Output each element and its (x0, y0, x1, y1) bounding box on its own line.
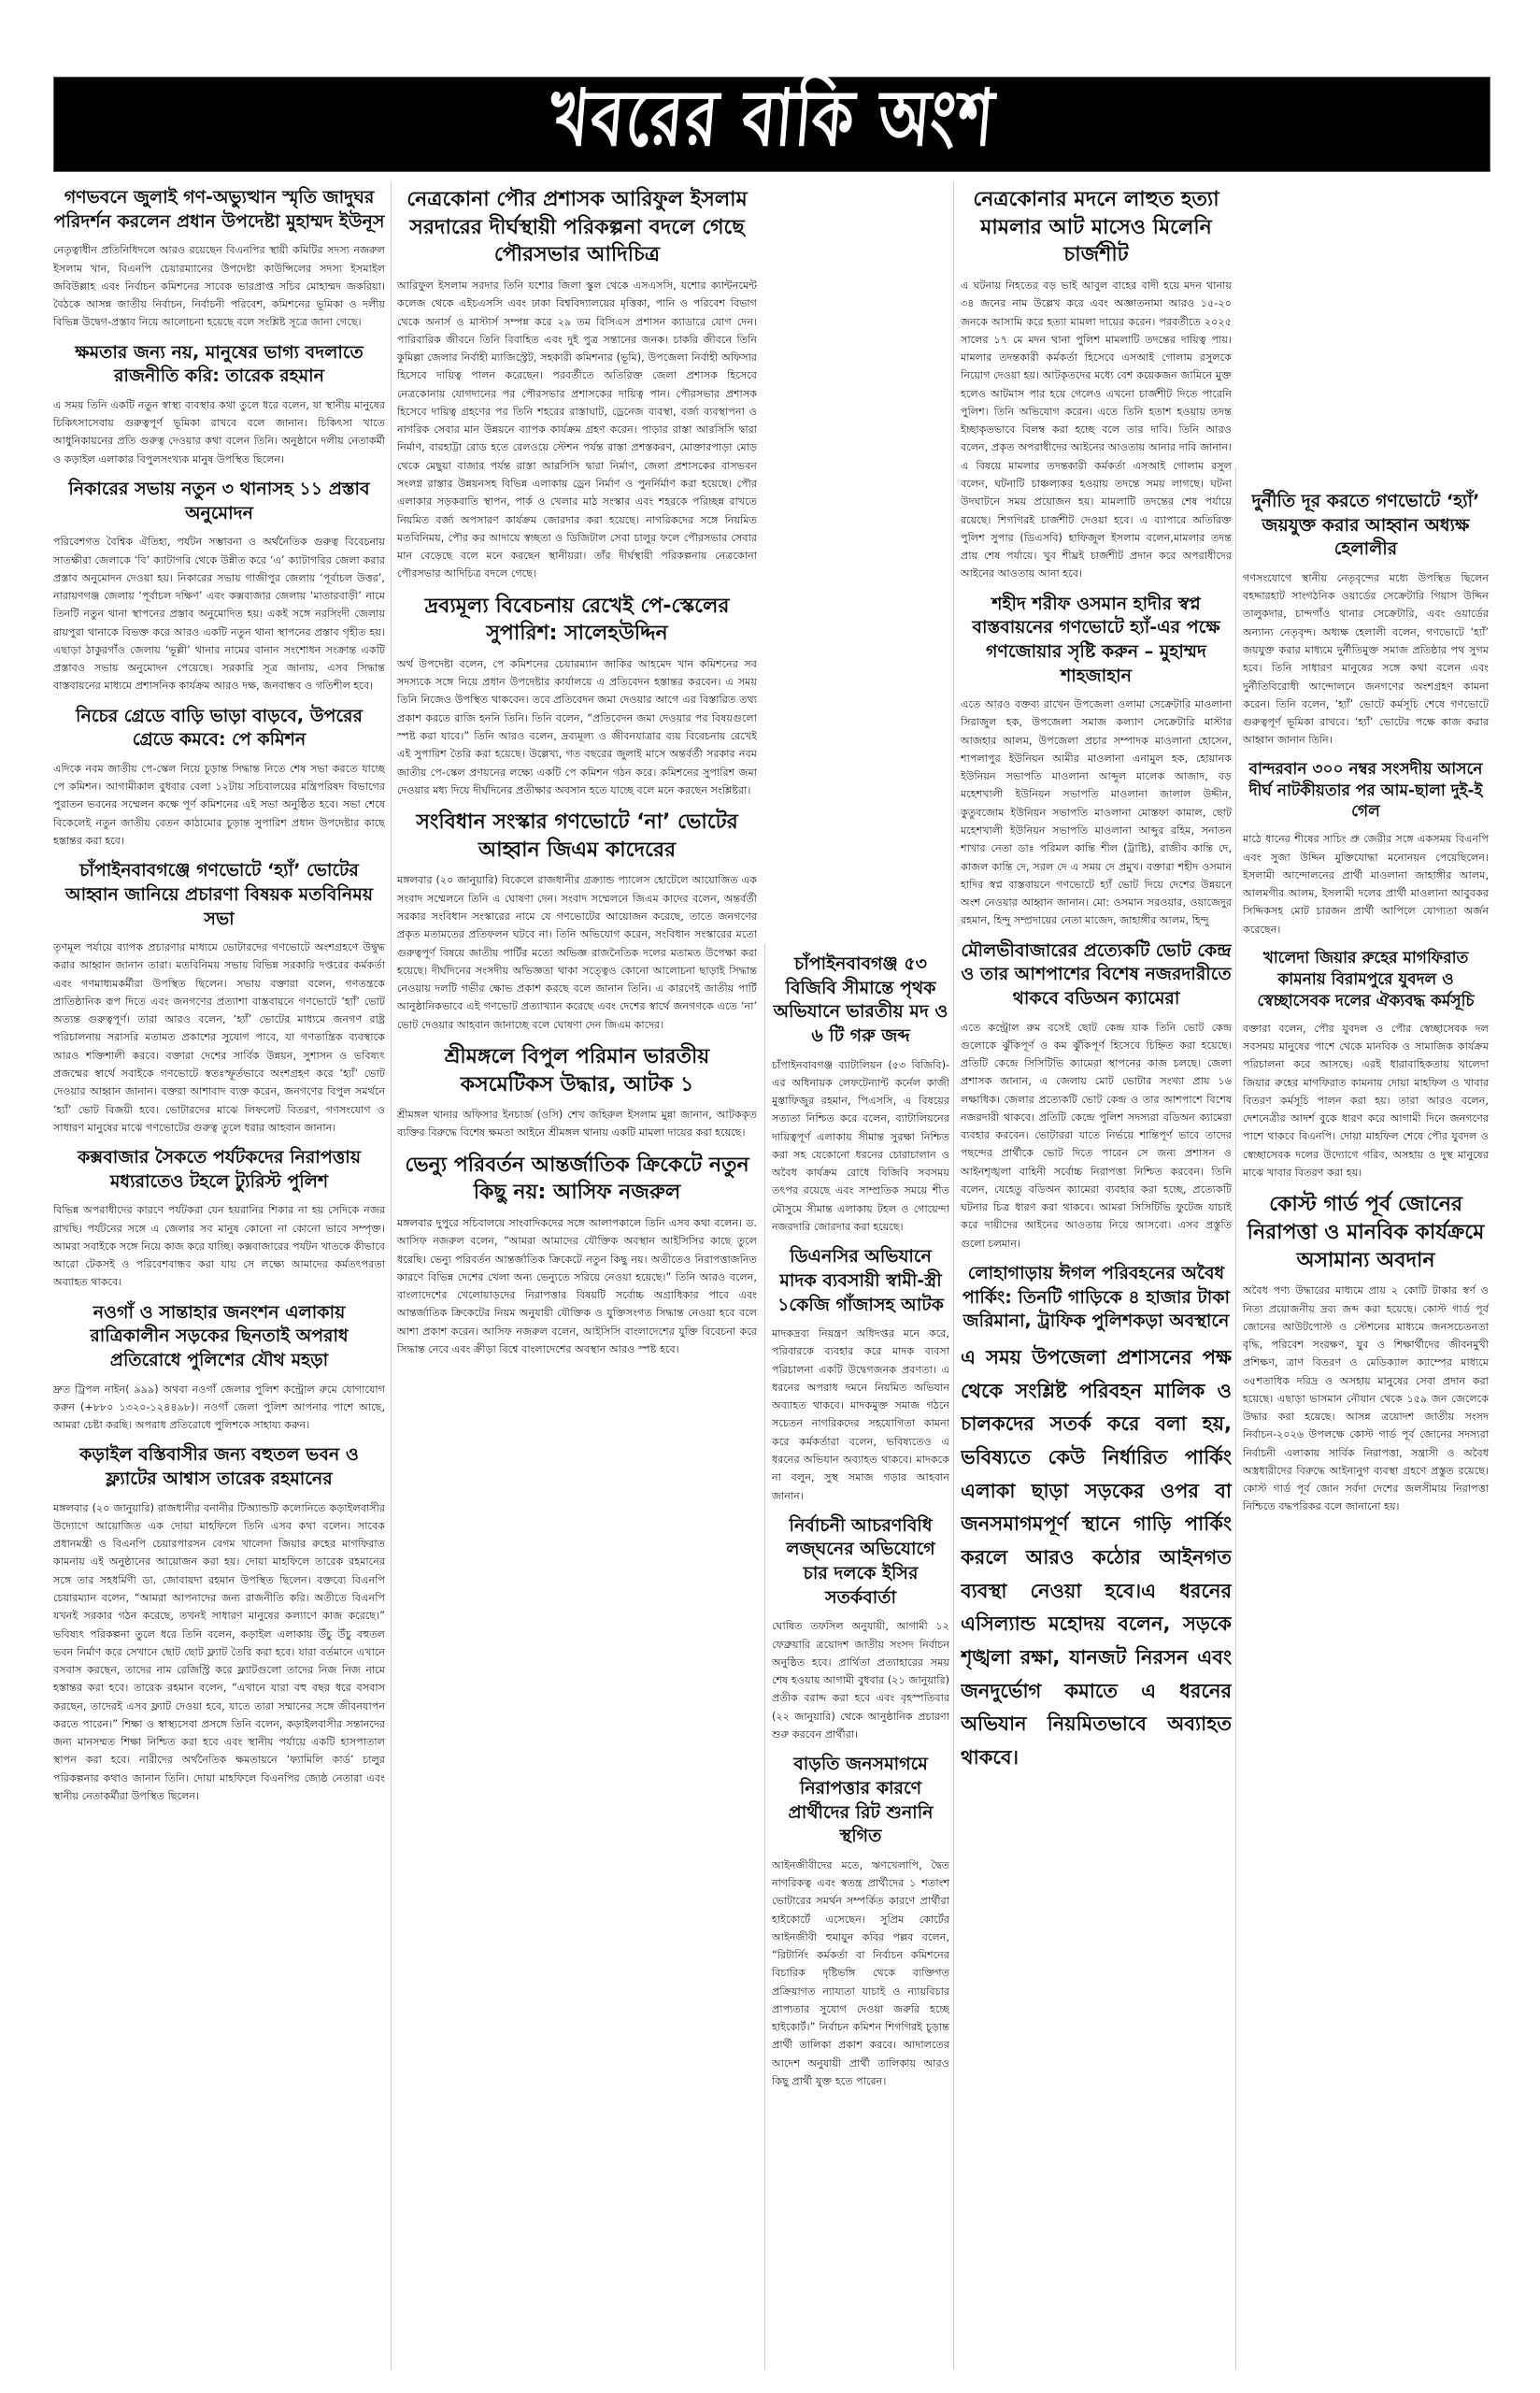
headline: মৌলভীবাজারের প্রত্যেকটি ভোট কেন্দ্র ও তা… (961, 939, 1232, 1011)
headline: দুর্নীতি দূর করতে গণভোটে ‘হ্যাঁ’ জয়যুক্… (1243, 490, 1489, 562)
headline: নিচের গ্রেডে বাড়ি ভাড়া বাড়বে, উপরের গ… (53, 705, 385, 752)
headline: শহীদ শরীফ ওসমান হাদীর স্বপ্ন বাস্তবায়নে… (961, 593, 1232, 689)
article-body: দ্রুত ট্রিপল নাইন( ৯৯৯) অথবা নওগাঁ জেলার… (53, 1381, 385, 1435)
article-birampur-jubodal: খালেদা জিয়ার রুহের মাগফিরাত কামনায় বির… (1243, 948, 1489, 1182)
headline: দ্রব্যমূল্য বিবেচনায় রেখেই পে-স্কেলের স… (397, 593, 757, 648)
article-body: আইনজীবীদের মতে, ঋণখেলাপি, দ্বৈত নাগরিকত্… (772, 1856, 949, 2090)
headline: ডিএনসির অভিযানে মাদক ব্যবসায়ী স্বামী-স্… (772, 1245, 949, 1317)
middle-main-column: নেত্রকোনা পৌর প্রশাসক আরিফুল ইসলাম সরদার… (397, 182, 757, 2370)
article-body: গণসংযোগে স্থানীয় নেতৃবৃন্দের মধ্যে উপস্… (1243, 569, 1489, 750)
article-body: এতে কন্ট্রোল রুম বসেই ছোট কেন্দ্র যাক তি… (961, 1019, 1232, 1253)
page-title: খবরের বাকি অংশ (544, 59, 1000, 189)
article-body: ঘোষিত তফসিল অনুযায়ী, আগামী ১২ ফেব্রুয়া… (772, 1617, 949, 1743)
article-moulvibazar-bodycam: মৌলভীবাজারের প্রত্যেকটি ভোট কেন্দ্র ও তা… (961, 939, 1232, 1253)
column-divider (391, 182, 392, 2370)
headline: চাঁপাইনবাবগঞ্জ ৫৩ বিজিবি সীমান্তে পৃথক অ… (772, 953, 949, 1049)
headline: নিকারের সভায় নতুন ৩ থানাসহ ১১ প্রস্তাব … (53, 478, 385, 525)
article-helali-referendum: দুর্নীতি দূর করতে গণভোটে ‘হ্যাঁ’ জয়যুক্… (1243, 490, 1489, 750)
article-dnc-arrest: ডিএনসির অভিযানে মাদক ব্যবসায়ী স্বামী-স্… (772, 1245, 949, 1505)
article-body: অর্থ উপদেষ্টা বলেন, পে কমিশনের চেয়ারম্য… (397, 655, 757, 799)
article-lohagara-parking: লোহাগাড়ায় ঈগল পরিবহনের অবৈধ পার্কিং: ত… (961, 1262, 1232, 1775)
article-bandarban-seat: বান্দরবান ৩০০ নম্বর সংসদীয় আসনে দীর্ঘ ন… (1243, 759, 1489, 939)
article-body: এদিকে নবম জাতীয় পে-স্কেল নিয়ে চূড়ান্ত… (53, 760, 385, 850)
article-body: মাঠে ধানের শীষের সাচিং প্রু জেরীর সঙ্গে … (1243, 830, 1489, 939)
article-madan-murder-case: নেত্রকোনার মদনে লাহুত হত্যা মামলার আট মা… (961, 186, 1232, 583)
article-korail-flats: কড়াইল বস্তিবাসীর জন্য বহুতল ভবন ও ফ্ল্য… (53, 1443, 385, 1805)
article-body: পরিবেশগত বৈশ্বিক ঐতিহ্য, পর্যটন সম্ভাবনা… (53, 533, 385, 695)
headline: নেত্রকোনার মদনে লাহুত হত্যা মামলার আট মা… (961, 186, 1232, 269)
article-body: এতে আরও বক্তব্য রাখেন উপজেলা ওলামা সেক্র… (961, 695, 1232, 929)
article-ec-warning: নির্বাচনী আচরণবিধি লজ্ঘনের অভিযোগে চার দ… (772, 1514, 949, 1743)
article-coast-guard: কোস্ট গার্ড পূর্ব জোনের নিরাপত্তা ও মানব… (1243, 1191, 1489, 1516)
headline: চাঁপাইনবাবগঞ্জে গণভোটে ‘হ্যাঁ’ ভোটের আহ্… (53, 859, 385, 931)
headline: খালেদা জিয়ার রুহের মাগফিরাত কামনায় বির… (1243, 948, 1489, 1012)
headline: কড়াইল বস্তিবাসীর জন্য বহুতল ভবন ও ফ্ল্য… (53, 1443, 385, 1491)
masthead-banner: খবরের বাকি অংশ (53, 77, 1490, 172)
headline: লোহাগাড়ায় ঈগল পরিবহনের অবৈধ পার্কিং: ত… (961, 1262, 1232, 1334)
article-body: এ সময় তিনি একটি নতুন স্বাস্থ্য ব্যবস্থা… (53, 396, 385, 468)
article-yunus-museum: গণভবনে জুলাই গণ-অভ্যুত্থান স্মৃতি জাদুঘর… (53, 186, 385, 332)
article-nicar-meeting: নিকারের সভায় নতুন ৩ থানাসহ ১১ প্রস্তাব … (53, 478, 385, 695)
column-divider (764, 944, 765, 2370)
article-body: অবৈধ পণ্য উদ্ধারের মাধ্যমে প্রায় ২ কোটি… (1243, 1282, 1489, 1515)
headline: কক্সবাজার সৈকতে পর্যটকদের নিরাপত্তায় মধ… (53, 1146, 385, 1194)
headline: গণভবনে জুলাই গণ-অভ্যুত্থান স্মৃতি জাদুঘর… (53, 186, 385, 234)
article-body: মাদকদ্রব্য নিয়ন্ত্রণ অধিদপ্তর মনে করে, … (772, 1325, 949, 1505)
headline: নির্বাচনী আচরণবিধি লজ্ঘনের অভিযোগে চার দ… (772, 1514, 949, 1611)
article-body: মঙ্গলবার (২০ জানুয়ারি) বিকেলে রাজধানীর … (397, 871, 757, 1033)
article-chapainawabganj-referendum: চাঁপাইনবাবগঞ্জে গণভোটে ‘হ্যাঁ’ ভোটের আহ্… (53, 859, 385, 1137)
article-asif-nazrul-venue: ভেন্যু পরিবর্তন আন্তর্জাতিক ক্রিকেটে নতু… (397, 1152, 757, 1359)
article-shahjahan-referendum: শহীদ শরীফ ওসমান হাদীর স্বপ্ন বাস্তবায়নে… (961, 593, 1232, 930)
left-column: গণভবনে জুলাই গণ-অভ্যুত্থান স্মৃতি জাদুঘর… (53, 182, 385, 2370)
article-body: তৃণমূল পর্যায়ে ব্যাপক প্রচারণার মাধ্যমে… (53, 939, 385, 1137)
article-body: এ ঘটনায় নিহতের বড় ভাই আবুল বাহের বাদী … (961, 277, 1232, 583)
column-divider (1235, 467, 1236, 2370)
right-narrow-column: দুর্নীতি দূর করতে গণভোটে ‘হ্যাঁ’ জয়যুক্… (1243, 486, 1489, 2370)
article-body: আরিফুল ইসলাম সরদার তিনি যশোর জিলা স্কুল … (397, 277, 757, 583)
article-body: চাঁপাইনবাবগঞ্জ ব্যাটালিয়ন (৫৩ বিজিবি)-এ… (772, 1056, 949, 1237)
article-writ-hearing-postponed: বাড়তি জনসমাগমে নিরাপত্তার কারণে প্রার্থ… (772, 1753, 949, 2090)
headline: ভেন্যু পরিবর্তন আন্তর্জাতিক ক্রিকেটে নতু… (397, 1152, 757, 1207)
article-body: মঙ্গলবার দুপুরে সচিবালয়ে সাংবাদিকদের সঙ… (397, 1214, 757, 1358)
headline: সংবিধান সংস্কার গণভোটে ‘না’ ভোটের আহ্বান… (397, 809, 757, 864)
headline: কোস্ট গার্ড পূর্ব জোনের নিরাপত্তা ও মানব… (1243, 1191, 1489, 1274)
headline: ক্ষমতার জন্য নয়, মানুষের ভাগ্য বদলাতে র… (53, 341, 385, 389)
article-coxsbazar-tourist-police: কক্সবাজার সৈকতে পর্যটকদের নিরাপত্তায় মধ… (53, 1146, 385, 1292)
headline: বাড়তি জনসমাগমে নিরাপত্তার কারণে প্রার্থ… (772, 1753, 949, 1849)
article-body: বিভিন্ন অপরাধীদের কারণে পর্যটকরা যেন হয়… (53, 1201, 385, 1291)
headline: বান্দরবান ৩০০ নম্বর সংসদীয় আসনে দীর্ঘ ন… (1243, 759, 1489, 824)
article-body: বক্তারা বলেন, পৌর যুবদল ও পৌর স্বেচ্ছাসে… (1243, 1020, 1489, 1182)
article-gm-quader-no-vote: সংবিধান সংস্কার গণভোটে ‘না’ ভোটের আহ্বান… (397, 809, 757, 1034)
article-body: এ সময় উপজেলা প্রশাসনের পক্ষ থেকে সংশ্লি… (961, 1341, 1232, 1775)
middle-narrow-column: চাঁপাইনবাবগঞ্জ ৫৩ বিজিবি সীমান্তে পৃথক অ… (772, 949, 949, 2370)
article-body: শ্রীমঙ্গল থানার অফিসার ইনচার্জ (ওসি) শেখ… (397, 1106, 757, 1142)
article-sreemangal-cosmetics: শ্রীমঙ্গলে বিপুল পরিমান ভারতীয় কসমেটিকস… (397, 1043, 757, 1142)
headline: শ্রীমঙ্গলে বিপুল পরিমান ভারতীয় কসমেটিকস… (397, 1043, 757, 1098)
article-payscale-salehuddin: দ্রব্যমূল্য বিবেচনায় রেখেই পে-স্কেলের স… (397, 593, 757, 800)
article-netrokona-municipality: নেত্রকোনা পৌর প্রশাসক আরিফুল ইসলাম সরদার… (397, 186, 757, 583)
article-body: নেতৃত্বাধীন প্রতিনিধিদলে আরও রয়েছেন বিএ… (53, 241, 385, 331)
article-bgb-seizure: চাঁপাইনবাবগঞ্জ ৫৩ বিজিবি সীমান্তে পৃথক অ… (772, 953, 949, 1236)
right-main-column: নেত্রকোনার মদনে লাহুত হত্যা মামলার আট মা… (961, 182, 1232, 2370)
article-tarique-politics: ক্ষমতার জন্য নয়, মানুষের ভাগ্য বদলাতে র… (53, 341, 385, 468)
headline: নওগাঁ ও সান্তাহার জনংশন এলাকায় রাত্রিকা… (53, 1301, 385, 1373)
article-pay-commission-rent: নিচের গ্রেডে বাড়ি ভাড়া বাড়বে, উপরের গ… (53, 705, 385, 851)
article-naogaon-police-drill: নওগাঁ ও সান্তাহার জনংশন এলাকায় রাত্রিকা… (53, 1301, 385, 1435)
headline: নেত্রকোনা পৌর প্রশাসক আরিফুল ইসলাম সরদার… (397, 186, 757, 269)
article-body: মঙ্গলবার (২০ জানুয়ারি) রাজধানীর বনানীর … (53, 1499, 385, 1806)
column-divider (953, 182, 954, 2370)
